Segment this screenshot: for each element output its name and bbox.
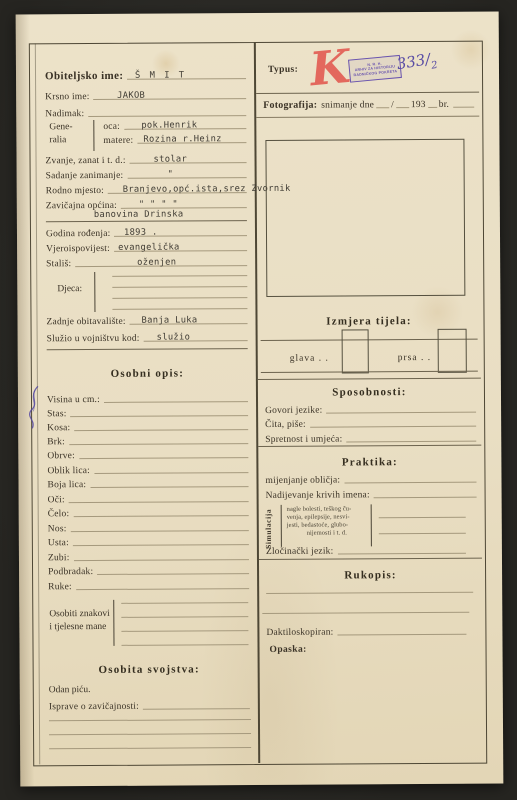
field-label: oca: (103, 122, 120, 132)
field-label: Fotografija: (263, 100, 317, 111)
field-label: Boja lica: (47, 480, 86, 490)
typed-value: 1893 . (124, 228, 158, 238)
field-languages: Govori jezike: (265, 402, 476, 416)
typed-value: oženjen (137, 258, 176, 268)
typus-label: Typus: (268, 65, 298, 75)
typed-value: pok.Henrik (141, 120, 197, 130)
field-nickname: Nadimak: (45, 105, 246, 119)
typed-value: evangelička (118, 242, 180, 252)
field-label: Čita, piše: (265, 420, 306, 430)
body-measurements-heading: Izmjera tijela: (257, 315, 480, 328)
field-line (337, 553, 466, 555)
field-criminal-language: Zločinački jezik: (266, 543, 466, 557)
photo-text: snimanje dne (321, 100, 374, 110)
field-label: Rodno mjesto: (46, 186, 104, 196)
field-chin: Podbradak: (48, 563, 249, 577)
field-line (346, 441, 476, 443)
field-mouth: Usta: (48, 534, 249, 548)
photo-separator: / (391, 100, 394, 110)
field-label: Zubi: (48, 553, 70, 563)
field-line (74, 429, 248, 431)
field-false-names: Nadijevanje krivih imena: (266, 487, 477, 501)
field-fingerprinted: Daktiloskopiran: (266, 624, 466, 638)
simulation-description: nagle bolesti, teškog ču- venja, epileps… (287, 505, 367, 537)
simulation-vertical-label: Simulacija (264, 503, 273, 549)
field-label: Ruke: (48, 582, 72, 592)
field-line (94, 472, 248, 474)
field-height: Visina u cm.: (47, 391, 248, 405)
field-nose: Nos: (48, 520, 249, 534)
typed-value: služio (157, 332, 191, 342)
field-line (97, 573, 249, 575)
marks-label-2: i tjelesne mane (49, 622, 106, 632)
field-line (327, 412, 477, 414)
field-label: Podbradak: (48, 567, 93, 577)
field-children-label: Djeca: (57, 284, 82, 294)
field-label: Govori jezike: (265, 406, 322, 416)
field-line (104, 401, 248, 403)
field-label: Kosa: (47, 423, 70, 433)
field-military-service: Služio u vojništvu kod: služio (47, 330, 248, 344)
field-complexion: Boja lica: (47, 476, 248, 490)
photo-box (265, 139, 465, 297)
field-build: Stas: (47, 405, 248, 419)
field-label: Stas: (47, 409, 67, 419)
generalia-label-1: Gene- (49, 122, 72, 132)
field-label: Visina u cm.: (47, 395, 100, 405)
field-label: Daktiloskopiran: (266, 628, 333, 638)
field-line (69, 443, 248, 445)
field-label: Nos: (48, 524, 67, 534)
photo-blank (376, 107, 389, 108)
field-current-occupation: Sadanje zanimanje: " (46, 167, 247, 181)
pen-mark (24, 384, 44, 434)
archive-stamp: N. R. H. ARHIV ZA HISTORIJU RADNIČKOG PO… (348, 55, 402, 83)
field-forehead: Čelo: (48, 505, 249, 519)
field-label: Usta: (48, 538, 69, 548)
field-profession: Zvanje, zanat i t. d.: stolar (45, 152, 246, 166)
field-reads-writes: Čita, piše: (265, 416, 476, 430)
typed-value: stolar (154, 154, 188, 164)
field-label: Obrve: (47, 451, 75, 461)
field-line (338, 634, 467, 636)
field-line (74, 559, 249, 561)
photo-year: 193 (411, 100, 426, 110)
typed-value: " " " " (139, 199, 178, 209)
field-eyebrows: Obrve: (47, 447, 248, 461)
measure-cell-glava (342, 329, 369, 373)
field-family-name: Obiteljsko ime: Š M I T (45, 65, 246, 82)
field-appearance-changing: mijenjanje obličja: (265, 472, 476, 486)
field-label: Obiteljsko ime: (45, 70, 123, 82)
field-label: Spretnost i umjeća: (265, 434, 342, 444)
field-line (143, 708, 250, 710)
field-line (76, 588, 249, 590)
typed-value: " (168, 170, 174, 180)
field-label: Nadijevanje krivih imena: (266, 490, 370, 501)
field-marital-status: Stališ: oženjen (46, 255, 247, 269)
field-line (130, 162, 247, 164)
generalia-label-2: ralia (49, 135, 66, 145)
marks-label-1: Osobiti znakovi (49, 609, 109, 619)
field-last-residence: Zadnje obitavalište: Banja Luka (46, 313, 247, 327)
field-label: Čelo: (48, 509, 70, 519)
photo-blank (428, 107, 437, 108)
field-skills: Spretnost i umjeća: (265, 431, 476, 445)
field-label: Sadanje zanimanje: (46, 171, 124, 181)
scanned-form-page: Obiteljsko ime: Š M I T Krsno ime: JAKOB… (16, 12, 504, 787)
field-label: Brk: (47, 437, 65, 447)
typus-handwritten-mark: K (308, 39, 353, 96)
field-birthplace: Rodno mjesto: Branjevo,opć.ista,srez Zvo… (46, 182, 247, 196)
addicted-to-drink-text: Odan piću. (49, 685, 91, 695)
field-line (374, 497, 477, 499)
field-line (127, 177, 246, 179)
field-line (344, 482, 476, 484)
field-moustache: Brk: (47, 433, 248, 447)
field-line (69, 501, 249, 503)
typed-value: JAKOB (117, 91, 145, 101)
field-eyes: Oči: (48, 491, 249, 505)
field-line (79, 457, 248, 459)
measure-cell-prsa (438, 329, 467, 373)
glava-label: glava . . (290, 354, 329, 364)
remarks-label: Opaska: (270, 645, 307, 655)
photo-br-label: br. (439, 100, 449, 110)
field-religion: Vjeroispovijest: evangelička (46, 240, 247, 254)
field-first-name: Krsno ime: JAKOB (45, 88, 246, 102)
field-father: oca: pok.Henrik (103, 118, 246, 132)
field-teeth: Zubi: (48, 549, 249, 563)
typed-value-banovina: banovina Drinska (94, 209, 184, 220)
field-label: Isprave o zavičajnosti: (49, 702, 139, 713)
field-photograph: Fotografija: snimanje dne / 193 br. (263, 97, 474, 111)
field-birth-year: Godina rođenja: 1893 . (46, 225, 247, 239)
typed-value: Š M I T (135, 70, 186, 80)
field-line (310, 426, 476, 428)
field-hair: Kosa: (47, 419, 248, 433)
field-label: Vjeroispovijest: (46, 244, 110, 254)
photo-blank (396, 107, 409, 108)
field-label: Krsno ime: (45, 92, 90, 102)
field-hands: Ruke: (48, 578, 249, 592)
field-label: Oči: (48, 495, 65, 505)
field-line (73, 544, 249, 546)
archive-number-main: 333/ (395, 50, 431, 73)
field-label: Godina rođenja: (46, 229, 111, 239)
simulation-line: nijemosti i t. d. (287, 529, 367, 537)
special-traits-heading: Osobita svojstva: (49, 663, 250, 676)
field-mother: matere: Rozina r.Heinz (103, 132, 246, 146)
field-label: Zločinački jezik: (266, 547, 334, 557)
field-label: mijenjanje obličja: (265, 476, 340, 486)
field-label: Oblik lica: (47, 466, 90, 476)
field-label: Zvanje, zanat i t. d.: (46, 156, 126, 166)
field-label: Služio u vojništvu kod: (47, 334, 140, 345)
field-label: Zadnje obitavalište: (46, 317, 125, 327)
field-line (71, 415, 249, 417)
field-label: Nadimak: (45, 109, 84, 119)
field-line (73, 515, 248, 517)
field-face-shape: Oblik lica: (47, 462, 248, 476)
field-line (88, 115, 246, 117)
typed-value: Rozina r.Heinz (143, 134, 221, 144)
field-label: Stališ: (46, 259, 71, 269)
handwriting-heading: Rukopis: (259, 569, 482, 582)
prsa-label: prsa . . (398, 353, 431, 363)
field-line (90, 486, 248, 488)
field-line (71, 530, 249, 532)
abilities-heading: Sposobnosti: (258, 386, 481, 399)
typed-value: Banja Luka (141, 315, 197, 325)
personal-description-heading: Osobni opis: (47, 367, 248, 380)
field-label: matere: (103, 136, 133, 146)
field-citizenship-documents: Isprave o zavičajnosti: (49, 698, 250, 712)
generalia-bracket (93, 120, 94, 151)
practices-heading: Praktika: (258, 456, 481, 469)
photo-blank (453, 107, 474, 108)
